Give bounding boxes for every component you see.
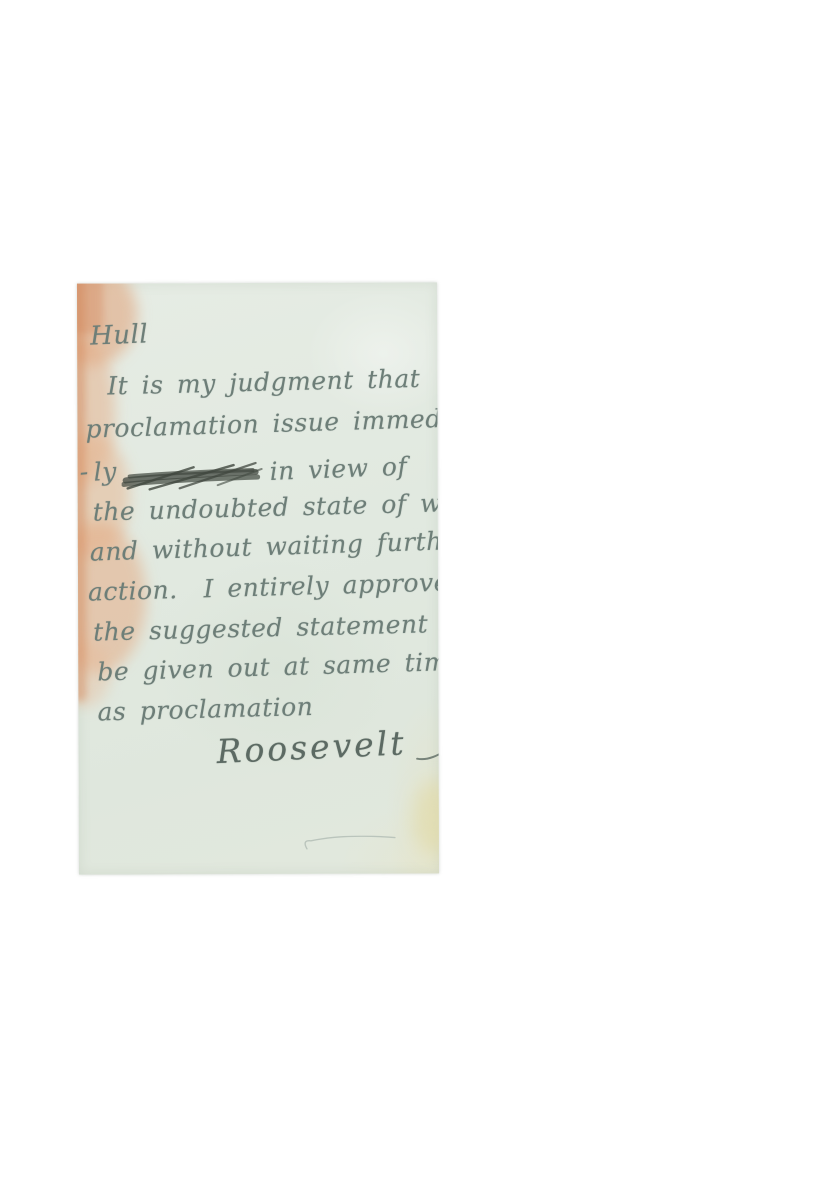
note-line-4: the undoubted state of war xyxy=(92,490,439,525)
note-line-3-end: in view of xyxy=(269,454,407,484)
note-line-1: It is my judgment that xyxy=(107,366,421,399)
scanned-photo-background: Hull It is my judgment that proclamation… xyxy=(0,0,819,1197)
sentence-gap xyxy=(178,597,204,598)
note-line-3-start: ly xyxy=(93,459,117,485)
note-line-6a: action. xyxy=(88,575,178,606)
stain-right-yellow xyxy=(413,780,439,854)
note-salutation: Hull xyxy=(90,321,149,349)
faint-pencil-mark xyxy=(299,836,399,854)
note-line-8: be given out at same time xyxy=(97,649,439,685)
stain-left-edge-strip xyxy=(77,282,86,701)
note-line-2: proclamation issue immediate- xyxy=(85,404,439,441)
note-line-7: the suggested statement to xyxy=(93,610,439,644)
note-line-9: as proclamation xyxy=(97,694,313,725)
signature-flourish xyxy=(414,739,439,765)
scratched-out-word xyxy=(122,461,264,491)
signature: Roosevelt xyxy=(216,726,407,768)
note-line-5: and without waiting further xyxy=(90,528,440,565)
signature-text: Roosevelt xyxy=(216,723,408,771)
handwritten-note-paper: Hull It is my judgment that proclamation… xyxy=(77,282,439,874)
note-line-6b: I entirely approve xyxy=(203,568,439,604)
